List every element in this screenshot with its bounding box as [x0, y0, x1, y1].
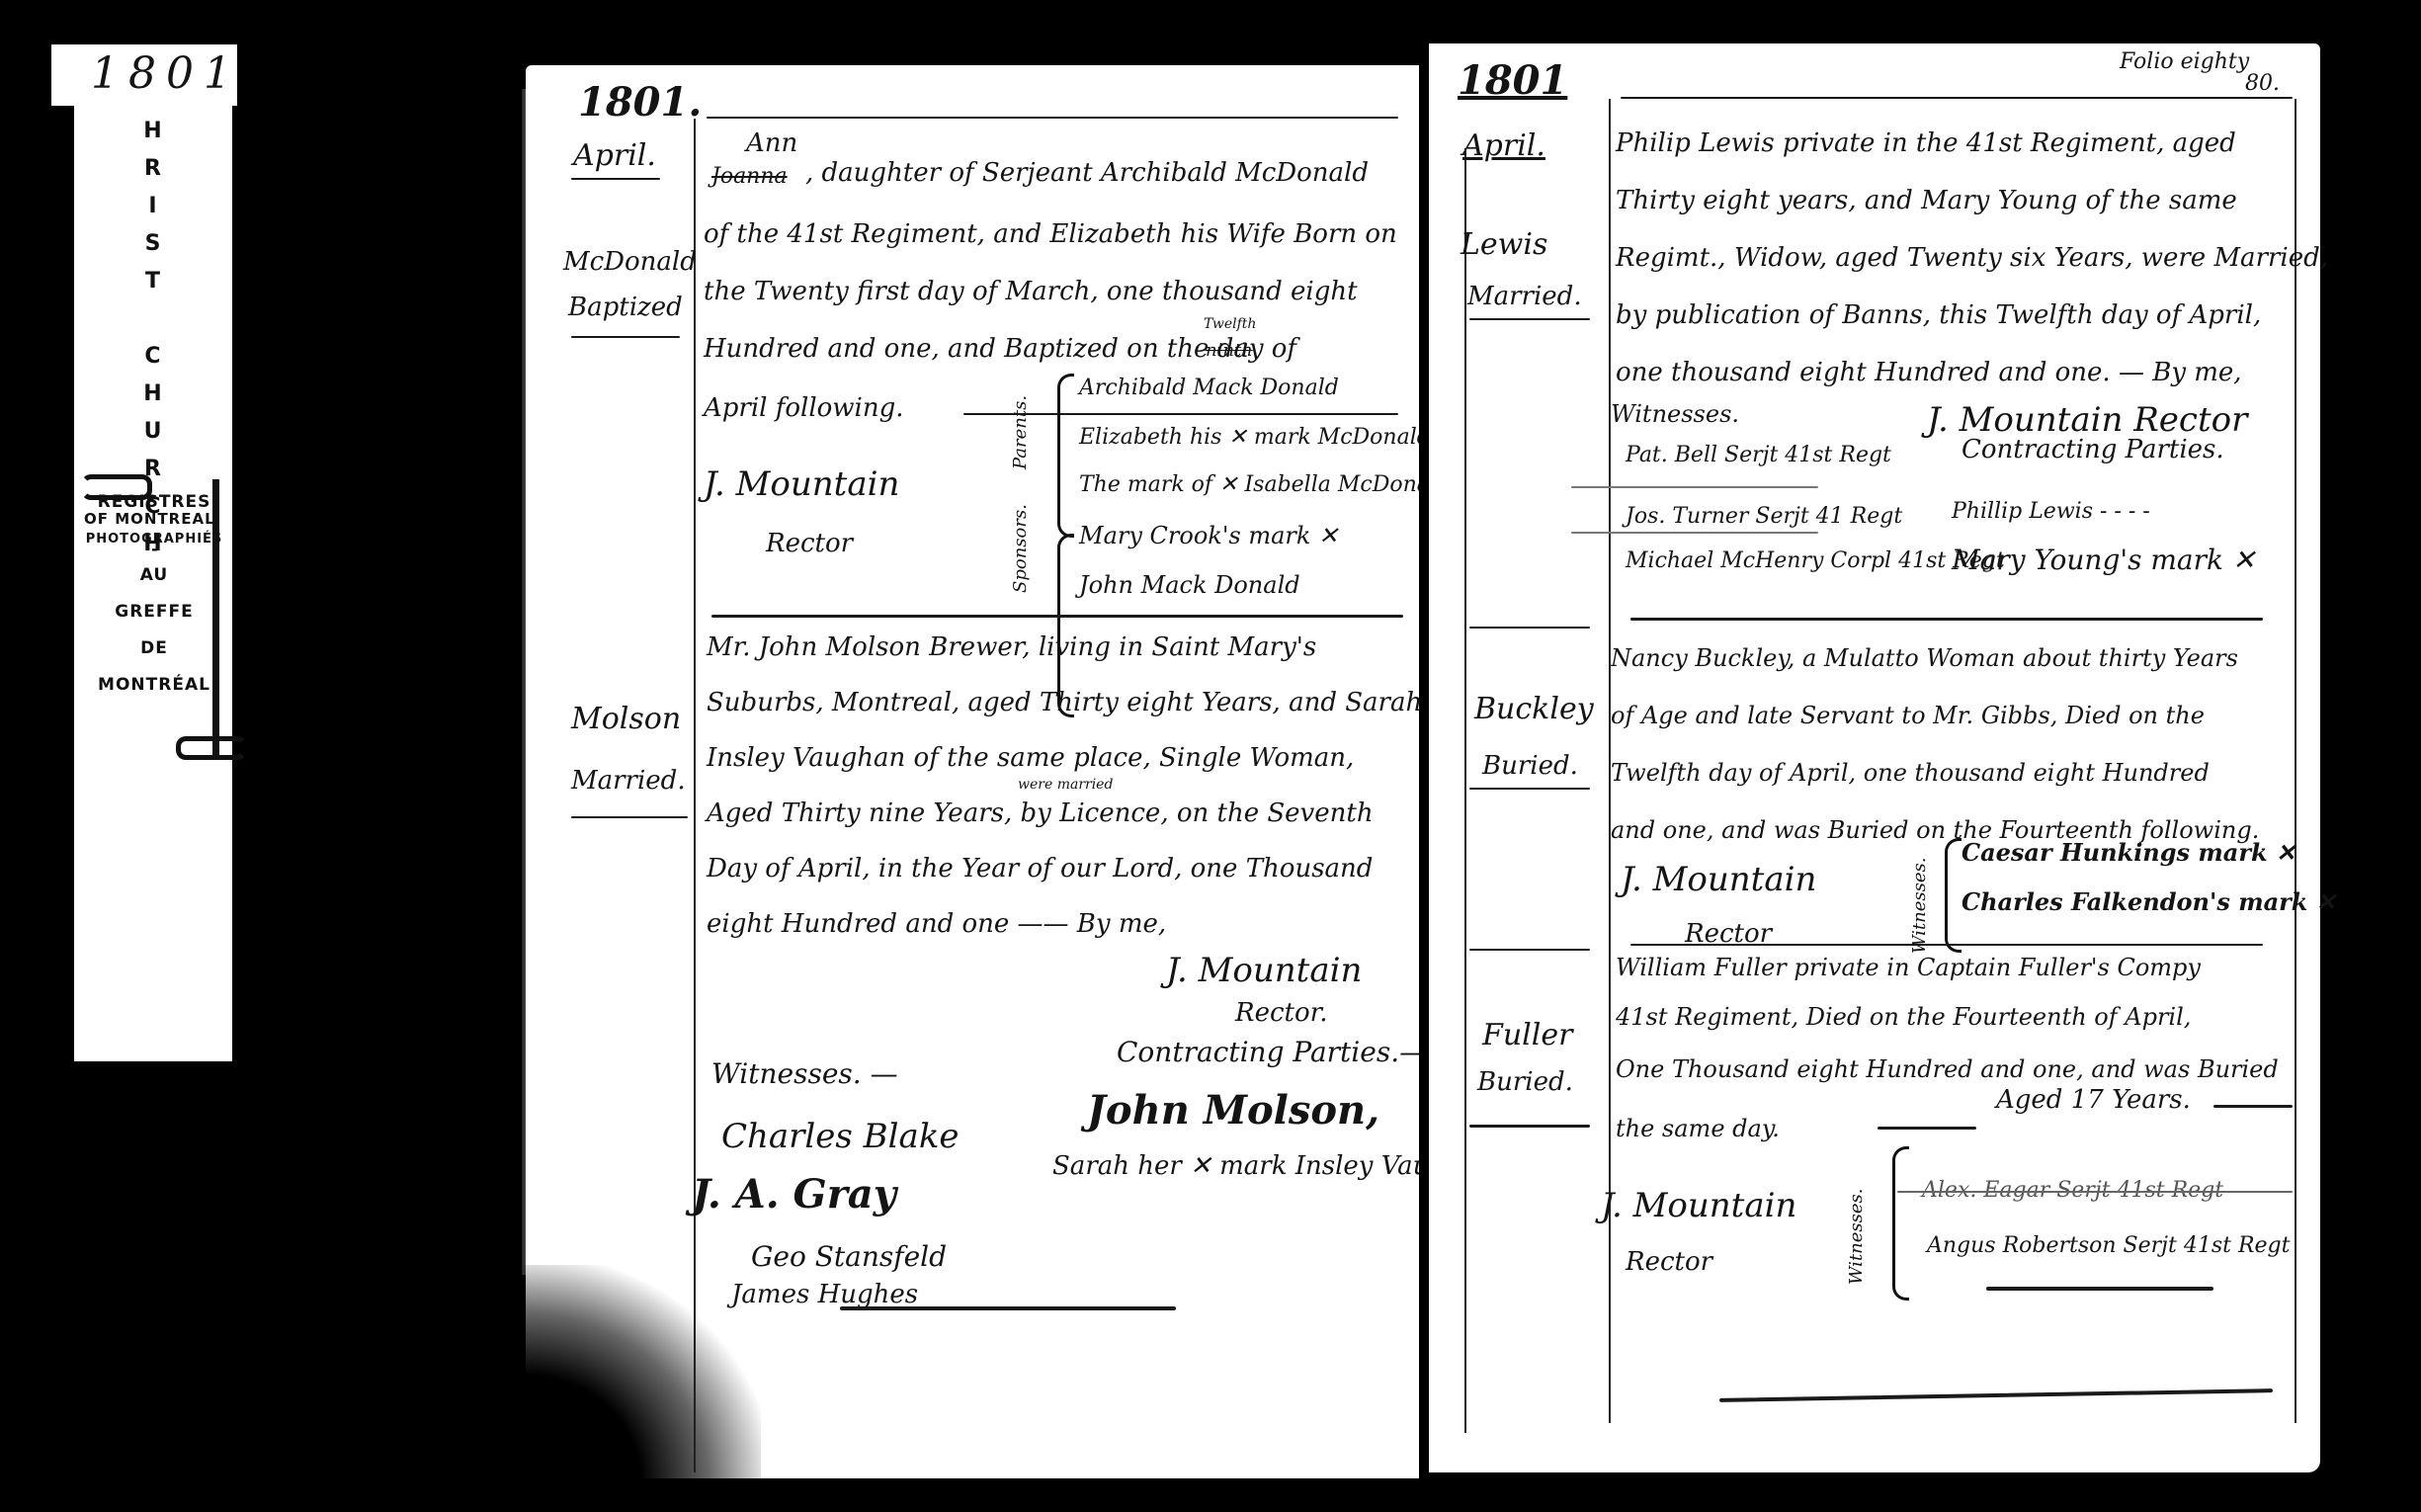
entry-separator: [1469, 788, 1590, 790]
entry-separator: [1469, 1125, 1590, 1128]
witness-signature: James Hughes: [731, 1280, 918, 1309]
entry-margin-type: Married.: [1467, 282, 1582, 311]
label-year: 1801: [91, 48, 241, 99]
entry-line: April following.: [704, 393, 904, 423]
witness-signature: Charles Blake: [721, 1117, 960, 1156]
groom-signature: Phillip Lewis - - - -: [1952, 499, 2150, 524]
sponsor-name: The mark of ✕ Isabella McDonald: [1079, 472, 1451, 497]
page-corner-shadow: [524, 1265, 761, 1482]
entry-line: one thousand eight Hundred and one. — By…: [1616, 358, 2242, 387]
parents-brace: [1057, 374, 1074, 538]
entry-separator: [1469, 627, 1590, 629]
age-note: Aged 17 Years.: [1996, 1085, 2191, 1115]
entry-separator: [571, 816, 688, 818]
witness-name: Michael McHenry Corpl 41st Regt: [1626, 548, 2005, 573]
right-month-header: April.: [1462, 128, 1545, 163]
entry-line: William Fuller private in Captain Fuller…: [1616, 954, 2201, 981]
groom-signature: John Molson,: [1087, 1087, 1379, 1134]
entry-line: Regimt., Widow, aged Twenty six Years, w…: [1616, 243, 2328, 273]
parent-name: Archibald Mack Donald: [1079, 376, 1339, 400]
left-margin-line: [694, 119, 696, 1472]
witness-rule: [1571, 486, 1818, 488]
contracting-label: Contracting Parties.: [1962, 435, 2224, 464]
witness-rule: [1897, 1191, 2293, 1193]
entry-line: Aged Thirty nine Years, by Licence, on t…: [707, 798, 1374, 828]
entry-separator: [711, 615, 1403, 618]
left-top-rule: [707, 117, 1398, 119]
entry-margin-type: Married.: [571, 766, 686, 796]
entry-line: of Age and late Servant to Mr. Gibbs, Di…: [1611, 702, 2205, 729]
witness-mark: Charles Falkendon's mark ✕: [1962, 887, 2336, 916]
entry-separator: [1630, 944, 2263, 946]
entry-line: of the 41st Regiment, and Elizabeth his …: [704, 219, 1397, 249]
left-year-header: 1801.: [578, 79, 702, 126]
entry-separator: [1986, 1287, 2213, 1291]
label-letter-gap: [141, 300, 165, 338]
rector-signature: J. Mountain: [1166, 951, 1362, 990]
book-gutter: [1419, 65, 1429, 1478]
label-tab: 1801: [51, 44, 237, 106]
entry-line: the Twenty first day of March, one thous…: [704, 277, 1358, 306]
line-filler: [2213, 1105, 2293, 1108]
entry-line: eight Hundred and one —— By me,: [707, 909, 1166, 939]
label-letter: H: [141, 113, 165, 150]
witnesses-label: Witnesses.: [1909, 857, 1930, 954]
entry-separator: [1469, 318, 1590, 320]
witness-signature: J. A. Gray: [692, 1171, 896, 1218]
entry-line: the same day.: [1616, 1115, 1780, 1142]
label-letter: S: [141, 225, 165, 263]
stamp-line: REGISTRES: [85, 484, 223, 521]
entry-separator: [1469, 949, 1590, 951]
stamp-line: DE: [85, 630, 223, 667]
witnesses-label: Witnesses. —: [711, 1057, 898, 1090]
label-letter: T: [141, 263, 165, 300]
parent-name: Elizabeth his ✕ mark McDonald: [1079, 425, 1431, 450]
stamp-line: MONTRÉAL: [85, 667, 223, 704]
witness-name: Jos. Turner Serjt 41 Regt: [1626, 504, 1902, 529]
entry-margin-name: Lewis: [1461, 227, 1547, 262]
label-letter: U: [141, 413, 165, 451]
rector-signature: J. Mountain Rector: [1927, 400, 2247, 440]
entry-line: Mr. John Molson Brewer, living in Saint …: [707, 632, 1316, 662]
witnesses-label: Witnesses.: [1611, 400, 1739, 428]
inserted-name: Ann: [746, 128, 797, 158]
label-letter: I: [141, 188, 165, 225]
stamp-line: AU: [85, 557, 223, 594]
witnesses-brace: [1945, 838, 1962, 953]
parents-label: Parents.: [1010, 395, 1031, 469]
paper-clip-icon: [176, 736, 247, 760]
entry-margin-name: Molson: [571, 702, 681, 736]
archive-stamp: REGISTRES PHOTOGRAPHIÉS AU GREFFE DE MON…: [85, 484, 223, 704]
entry-line: Suburbs, Montreal, aged Thirty eight Yea…: [707, 688, 1422, 717]
entry-line: Day of April, in the Year of our Lord, o…: [707, 854, 1373, 883]
label-letter: R: [141, 150, 165, 188]
witness-name: Angus Robertson Serjt 41st Regt: [1927, 1233, 2290, 1258]
folio-number: 80.: [2245, 71, 2280, 96]
entry-line: Insley Vaughan of the same place, Single…: [707, 743, 1354, 773]
witness-mark: Caesar Hunkings mark ✕: [1962, 838, 2296, 867]
stamp-line: GREFFE: [85, 594, 223, 630]
entry-line: One Thousand eight Hundred and one, and …: [1616, 1055, 2279, 1083]
entry-line: by publication of Banns, this Twelfth da…: [1616, 300, 2261, 330]
entry-line: Thirty eight years, and Mary Young of th…: [1616, 186, 2237, 215]
bride-mark: Mary Young's mark ✕: [1952, 544, 2255, 576]
witness-signature: Geo Stansfeld: [751, 1240, 947, 1273]
entry-separator: [840, 1306, 1176, 1310]
entry-margin-name: McDonald: [563, 247, 697, 277]
folio-note: Folio eighty: [2120, 49, 2249, 74]
right-year-header: 1801: [1458, 57, 1567, 104]
entry-line: Twelfth day of April, one thousand eight…: [1611, 759, 2210, 787]
entry-line: 41st Regiment, Died on the Fourteenth of…: [1616, 1003, 2191, 1031]
entry-margin-type: Buried.: [1482, 751, 1578, 781]
contracting-label: Contracting Parties.—: [1117, 1036, 1427, 1068]
entry-margin-type: Buried.: [1477, 1067, 1573, 1097]
right-left-border-line: [1464, 148, 1466, 1433]
sponsor-name: John Mack Donald: [1079, 571, 1300, 599]
entry-margin-name: Buckley: [1474, 692, 1594, 726]
witnesses-label: Witnesses.: [1846, 1188, 1867, 1285]
rector-title: Rector.: [1235, 998, 1327, 1028]
entry-line: Nancy Buckley, a Mulatto Woman about thi…: [1611, 644, 2238, 672]
month-underline: [571, 178, 660, 180]
entry-line: , daughter of Serjeant Archibald McDonal…: [805, 158, 1369, 188]
correction-above: Twelfth: [1204, 316, 1256, 332]
line-filler: [1878, 1127, 1976, 1130]
entry-margin-type: Baptized: [568, 293, 683, 322]
insertion-above: were married: [1018, 777, 1113, 793]
entry-separator: [571, 336, 680, 338]
label-letter: H: [141, 376, 165, 413]
witnesses-brace: [1892, 1146, 1909, 1301]
rector-signature: J. Mountain: [1601, 1186, 1796, 1225]
entry-margin-name: Fuller: [1482, 1018, 1572, 1052]
rector-title: Rector: [766, 529, 853, 558]
left-month-header: April.: [573, 138, 656, 173]
right-top-rule: [1621, 97, 2293, 99]
struck-name: Joanna: [711, 164, 788, 189]
entry-separator: [1630, 618, 2263, 621]
entry-line: Philip Lewis private in the 41st Regimen…: [1616, 128, 2236, 158]
witness-rule: [1571, 532, 1818, 534]
label-letter: C: [141, 338, 165, 376]
right-edge-line: [2295, 99, 2296, 1423]
rector-title: Rector: [1626, 1247, 1712, 1277]
struck-word: ninth: [1206, 340, 1253, 361]
stamp-line: PHOTOGRAPHIÉS: [85, 521, 223, 557]
rector-signature: J. Mountain: [704, 464, 899, 504]
sponsor-name: Mary Crook's mark ✕: [1079, 522, 1338, 549]
sponsors-label: Sponsors.: [1010, 504, 1031, 593]
witness-name: Pat. Bell Serjt 41st Regt: [1626, 443, 1891, 467]
rector-signature: J. Mountain: [1621, 860, 1816, 899]
